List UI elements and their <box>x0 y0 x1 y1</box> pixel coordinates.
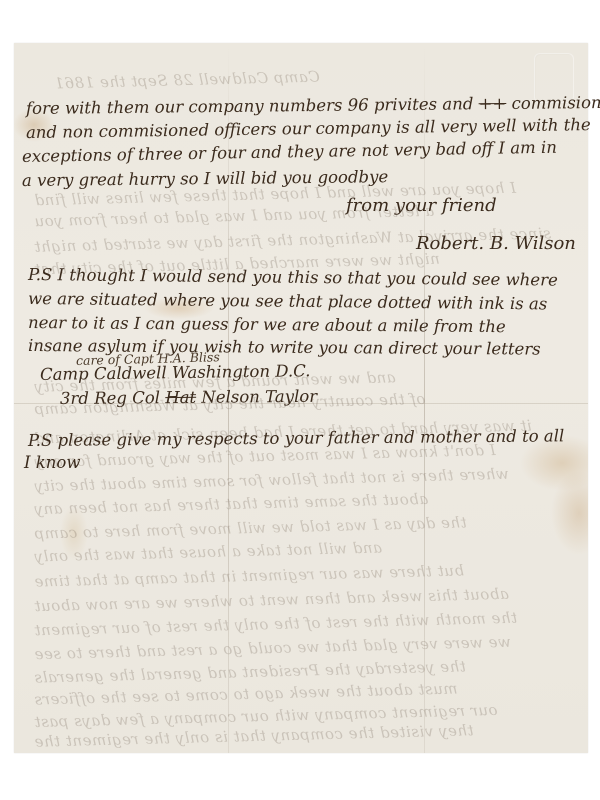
letter-page: Camp Caldwell 28 Sept the 1861 I hope yo… <box>14 43 588 753</box>
address-regiment: 3rd Reg Col Hat Nelson Taylor <box>60 387 317 408</box>
body-line-3: exceptions of three or four and they are… <box>22 138 557 166</box>
bleed-through-line: the day as I was told we will move from … <box>34 513 467 542</box>
address-camp: Camp Caldwell Washington D.C. <box>40 361 311 384</box>
bleed-through-header: Camp Caldwell 28 Sept the 1861 <box>54 68 320 93</box>
body-text: commisioned <box>511 93 600 113</box>
body-line-1: fore with them our company numbers 96 pr… <box>26 93 600 118</box>
bleed-through-line: where there is not that fellow for some … <box>34 465 509 495</box>
postscript-1-line-1: P.S I thought I would send you this so t… <box>28 265 558 290</box>
bleed-through-line: but there was our regiment in that camp … <box>34 561 464 590</box>
bleed-through-line: about the same time that there has not b… <box>34 490 429 518</box>
regiment-text: 3rd Reg Col <box>60 388 160 408</box>
struck-word: ++ <box>479 94 507 113</box>
bleed-through-line: and will not take a house that was the o… <box>34 538 382 565</box>
postscript-1-line-2: we are situated where you see that place… <box>28 289 547 313</box>
postscript-1-line-3: near to it as I can guess for we are abo… <box>28 313 506 336</box>
body-line-4: a very great hurry so I will bid you goo… <box>22 167 388 190</box>
photo-frame: Camp Caldwell 28 Sept the 1861 I hope yo… <box>0 0 600 800</box>
body-text: fore with them our company numbers 96 pr… <box>26 94 474 118</box>
colonel-name: Nelson Taylor <box>201 387 317 407</box>
struck-word: Hat <box>165 388 196 407</box>
closing: from your friend <box>346 195 497 216</box>
signature: Robert. B. Wilson <box>416 233 576 254</box>
postscript-2-line-2: I know <box>24 453 80 472</box>
